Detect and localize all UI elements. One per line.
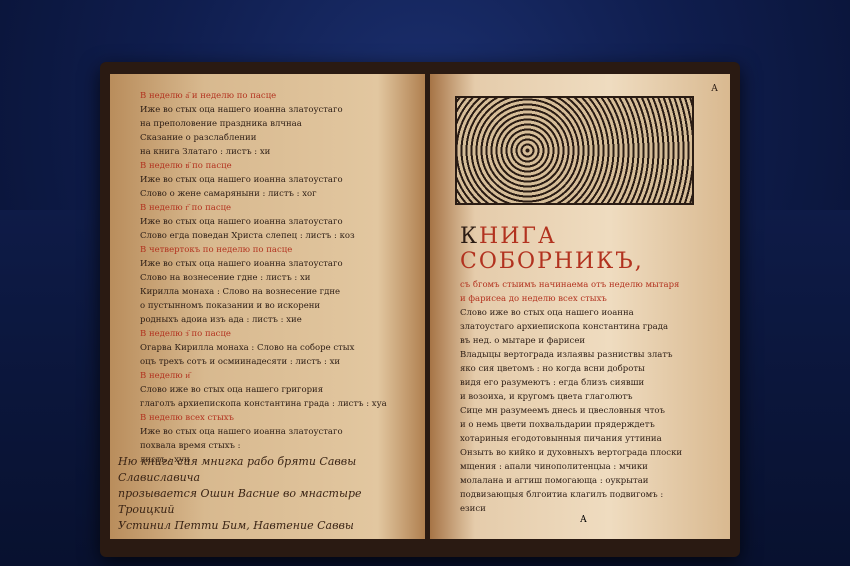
text-line: молалана и аггиш помогающа : оукрытаи xyxy=(460,474,710,488)
text-line: о пустынномъ показании и во искорени xyxy=(140,299,410,313)
text-line: съ бгомъ стыимъ начинаема отъ неделю мыт… xyxy=(460,278,710,292)
text-line: Иже во стых оца нашего иоанна златоустаг… xyxy=(140,103,410,117)
text-line: и о немь цвети похвальдарии прядерждетъ xyxy=(460,418,710,432)
text-line: В неделю и҃ xyxy=(140,369,410,383)
text-line: мщения : апали чинополитенцыа : мчики xyxy=(460,460,710,474)
folio-number: А xyxy=(711,84,718,94)
text-line: златоустаго архиепископа константина гра… xyxy=(460,320,710,334)
text-line: похвала время стыхъ : xyxy=(140,439,410,453)
right-page: А КНИГА СОБОРНИКЪ, съ бгомъ стыимъ начин… xyxy=(430,74,730,539)
left-page-text: В неделю а҃ и неделю по пасцеИже во стых… xyxy=(140,89,410,467)
text-line: Слово иже во стых оца нашего григория xyxy=(140,383,410,397)
text-line: въ нед. о мытаре и фарисеи xyxy=(460,334,710,348)
text-line: родныхъ адоиа изъ ада : листъ : хие xyxy=(140,313,410,327)
text-line: Слово егда поведан Христа слепец : листъ… xyxy=(140,229,410,243)
text-line: В четвертокъ по неделю по пасце xyxy=(140,243,410,257)
woodcut-ornament-headpiece xyxy=(455,96,694,205)
handwritten-line: Ню книга сия мнигка рабо бряти Саввы Сла… xyxy=(118,454,418,486)
text-line: Кирилла монаха : Слово на вознесение гдн… xyxy=(140,285,410,299)
handwritten-line: Устинил Петти Бим, Навтение Саввы xyxy=(118,518,418,534)
text-line: и возоиха, и кругомъ цвета глаголютъ xyxy=(460,390,710,404)
text-line: на преполовение праздника влчнаа xyxy=(140,117,410,131)
body-text-block: Владыцы вертограда излаявы разниствы зла… xyxy=(460,348,710,516)
handwritten-line: прозывается Ошин Васние во мнастыре Трои… xyxy=(118,486,418,518)
text-line: В неделю з҃ по пасце xyxy=(140,327,410,341)
text-line: Огарва Кирилла монаха : Слово на соборе … xyxy=(140,341,410,355)
text-line: Слово о жене самаряныни : листъ : хог xyxy=(140,187,410,201)
text-line: Сказание о разслаблении xyxy=(140,131,410,145)
subtitle-block: съ бгомъ стыимъ начинаема отъ неделю мыт… xyxy=(460,278,710,348)
left-page: В неделю а҃ и неделю по пасцеИже во стых… xyxy=(110,74,425,539)
text-line: на книга Златаго : листъ : хи xyxy=(140,145,410,159)
text-line: видя его разумеютъ : егда близъ сиявши xyxy=(460,376,710,390)
text-line: В неделю г҃ по пасце xyxy=(140,201,410,215)
text-line: В неделю а҃ и неделю по пасце xyxy=(140,89,410,103)
text-line: Владыцы вертограда излаявы разниствы зла… xyxy=(460,348,710,362)
text-line: В неделю в҃ по пасце xyxy=(140,159,410,173)
bottom-signature: А xyxy=(580,515,587,525)
handwritten-inscription: Ню книга сия мнигка рабо бряти Саввы Сла… xyxy=(118,454,418,534)
text-line: В неделю всех стыхъ xyxy=(140,411,410,425)
open-book: В неделю а҃ и неделю по пасцеИже во стых… xyxy=(100,62,740,557)
book-title: КНИГА СОБОРНИКЪ, xyxy=(460,224,710,274)
text-line: хотариныя егодотовынныя пичания уттиниа xyxy=(460,432,710,446)
text-line: Слово на вознесение гдне : листъ : хи xyxy=(140,271,410,285)
text-line: Иже во стых оца нашего иоанна златоустаг… xyxy=(140,257,410,271)
text-line: подвизающыя блгоитиа клагилъ подвигомъ : xyxy=(460,488,710,502)
text-line: Онзыть во кийко и духовныхъ вертограда п… xyxy=(460,446,710,460)
text-line: езиси xyxy=(460,502,710,516)
text-line: Слово иже во стых оца нашего иоанна xyxy=(460,306,710,320)
text-line: Иже во стых оца нашего иоанна златоустаг… xyxy=(140,173,410,187)
text-line: Иже во стых оца нашего иоанна златоустаг… xyxy=(140,425,410,439)
text-line: оцъ трехъ сотъ и осмиинадесяти : листъ :… xyxy=(140,355,410,369)
right-page-text: КНИГА СОБОРНИКЪ, съ бгомъ стыимъ начинае… xyxy=(460,224,710,516)
text-line: глаголъ архиепископа константина града :… xyxy=(140,397,410,411)
text-line: и фарисеа до неделю всех стыхъ xyxy=(460,292,710,306)
text-line: Сице мн разумеемъ днесь и цвесловныя что… xyxy=(460,404,710,418)
text-line: Иже во стых оца нашего иоанна златоустаг… xyxy=(140,215,410,229)
text-line: яко сия цветомъ : но когда всни доброты xyxy=(460,362,710,376)
